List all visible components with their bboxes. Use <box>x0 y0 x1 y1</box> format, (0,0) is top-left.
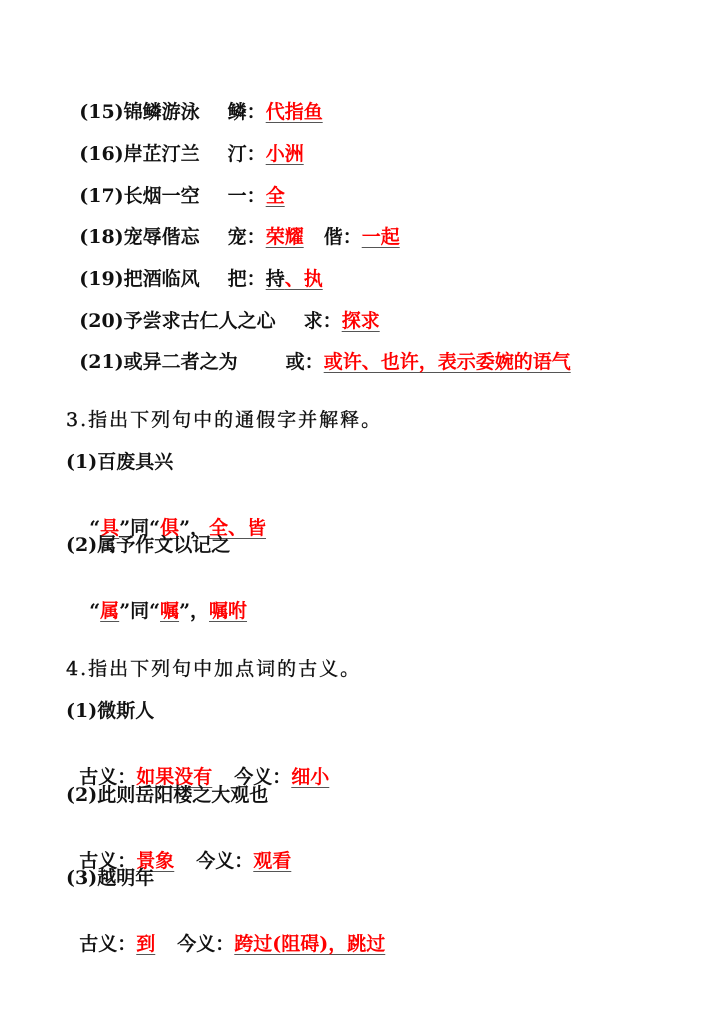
vocab-item-15: (15)锦鳞游泳鳞：代指鱼 <box>66 76 323 124</box>
section-3-item-1-sentence: (1)百废具兴 <box>66 450 173 474</box>
section-4-item-1-sentence: (1)微斯人 <box>66 699 154 723</box>
section-4-heading: 4.指出下列句中加点词的古义。 <box>66 657 361 681</box>
modern-meaning: 细小 <box>291 766 329 788</box>
section-3-heading: 3.指出下列句中的通假字并解释。 <box>66 408 382 432</box>
section-4-item-1-answer: 古义：如果没有今义：细小 <box>66 741 329 789</box>
item-answer: 或许、也许，表示委婉的语气 <box>324 351 571 373</box>
section-3-item-2-answer: “属”同“嘱”，嘱咐 <box>76 575 247 623</box>
section-4-item-2-sentence: (2)此则岳阳楼之大观也 <box>66 783 268 807</box>
ancient-meaning: 到 <box>136 933 155 955</box>
item-answer-2: 一起 <box>362 226 400 248</box>
vocab-item-21: (21)或异二者之为或：或许、也许，表示委婉的语气 <box>66 326 571 374</box>
section-4-item-3-answer: 古义：到今义：跨过(阻碍)，跳过 <box>66 908 385 956</box>
section-4-item-3-sentence: (3)越明年 <box>66 866 154 890</box>
vocab-item-18: (18)宠辱偕忘宠：荣耀偕：一起 <box>66 201 400 249</box>
section-3-item-2-sentence: (2)属予作文以记之 <box>66 533 230 557</box>
vocab-item-16: (16)岸芷汀兰汀：小洲 <box>66 118 304 166</box>
modern-meaning: 跨过(阻碍)，跳过 <box>234 933 385 955</box>
modern-meaning: 观看 <box>253 850 291 872</box>
item-phrase: (21)或异二者之为 <box>79 351 237 373</box>
tongjia-equivalent: 嘱 <box>160 600 179 622</box>
tongjia-meaning: 嘱咐 <box>209 600 247 622</box>
item-key: 或： <box>286 351 324 373</box>
vocab-item-19: (19)把酒临风把：持、执 <box>66 243 323 291</box>
tongjia-char: 属 <box>100 600 119 622</box>
item-key-2: 偕： <box>324 226 362 248</box>
